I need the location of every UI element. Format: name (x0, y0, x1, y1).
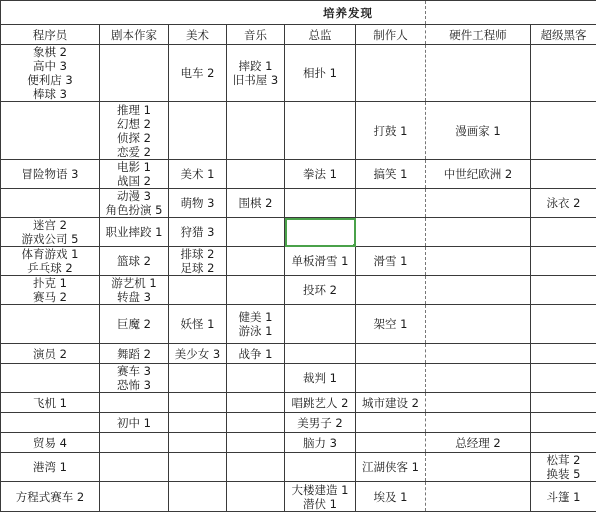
table-cell[interactable]: 冒险物语 3 (1, 160, 100, 189)
cell-entry: 推理 1 (100, 103, 168, 117)
cell-entry: 脑力 3 (285, 436, 355, 450)
table-cell[interactable]: 松茸 2换装 5 (531, 453, 597, 482)
cell-entry: 恋爱 2 (100, 145, 168, 159)
table-cell[interactable]: 狩猎 3 (169, 218, 227, 247)
table-cell[interactable]: 象棋 2高中 3便利店 3棒球 3 (1, 45, 100, 102)
table-cell[interactable]: 扑克 1赛马 2 (1, 276, 100, 305)
selected-cell[interactable] (285, 218, 356, 247)
table-cell[interactable]: 萌物 3 (169, 189, 227, 218)
table-cell[interactable]: 排球 2足球 2 (169, 247, 227, 276)
table-cell[interactable] (100, 453, 169, 482)
table-cell[interactable] (1, 413, 100, 433)
cell-entry: 潜伏 1 (285, 497, 355, 511)
table-cell[interactable]: 架空 1 (356, 305, 426, 344)
table-cell[interactable] (426, 218, 531, 247)
table-cell[interactable] (227, 160, 285, 189)
table-cell[interactable]: 推理 1幻想 2侦探 2恋爱 2 (100, 102, 169, 160)
table-row: 演员 2舞蹈 2美少女 3战争 1 (1, 344, 597, 364)
table-row: 初中 1美男子 2 (1, 413, 597, 433)
table-cell[interactable] (426, 393, 531, 413)
table-cell[interactable]: 妖怪 1 (169, 305, 227, 344)
table-title[interactable]: 培养发现 (1, 1, 426, 25)
table-row: 巨魔 2妖怪 1健美 1游泳 1架空 1 (1, 305, 597, 344)
cell-entry: 松茸 2 (531, 453, 596, 467)
cell-entry: 滑雪 1 (356, 254, 425, 268)
table-cell[interactable] (169, 393, 227, 413)
table-cell[interactable] (100, 45, 169, 102)
table-cell[interactable] (426, 344, 531, 364)
cell-entry: 演员 2 (1, 347, 99, 361)
table-cell[interactable] (100, 393, 169, 413)
table-cell[interactable] (531, 393, 597, 413)
table-cell[interactable] (169, 413, 227, 433)
table-cell[interactable] (285, 102, 356, 160)
table-row: 港湾 1江湖侠客 1松茸 2换装 5 (1, 453, 597, 482)
table-row: 动漫 3角色扮演 5萌物 3围棋 2泳衣 2 (1, 189, 597, 218)
cell-entry: 电影 1 (100, 160, 168, 174)
cell-entry: 萌物 3 (169, 196, 226, 210)
header-programmer[interactable]: 程序员 (1, 25, 100, 45)
table-cell[interactable]: 江湖侠客 1 (356, 453, 426, 482)
cell-entry: 旧书屋 3 (227, 73, 284, 87)
cell-entry: 转盘 3 (100, 290, 168, 304)
cell-entry: 赛车 3 (100, 364, 168, 378)
cell-entry: 港湾 1 (1, 460, 99, 474)
table-cell[interactable]: 大楼建造 1潜伏 1 (285, 482, 356, 512)
cell-entry: 狩猎 3 (169, 225, 226, 239)
table-cell[interactable]: 单板滑雪 1 (285, 247, 356, 276)
cell-entry: 飞机 1 (1, 396, 99, 410)
table-cell[interactable]: 舞蹈 2 (100, 344, 169, 364)
cell-entry: 妖怪 1 (169, 317, 226, 331)
table-cell[interactable]: 港湾 1 (1, 453, 100, 482)
table-cell[interactable] (227, 276, 285, 305)
cell-entry: 摔跤 1 (227, 59, 284, 73)
table-cell[interactable]: 拳法 1 (285, 160, 356, 189)
table-row: 推理 1幻想 2侦探 2恋爱 2打鼓 1漫画家 1 (1, 102, 597, 160)
table-cell[interactable] (100, 482, 169, 512)
table-cell[interactable] (531, 45, 597, 102)
table-cell[interactable]: 裁判 1 (285, 364, 356, 393)
table-cell[interactable]: 美男子 2 (285, 413, 356, 433)
cell-entry: 美少女 3 (169, 347, 226, 361)
cell-entry: 动漫 3 (100, 189, 168, 203)
table-cell[interactable]: 体育游戏 1乒乓球 2 (1, 247, 100, 276)
table-cell[interactable]: 贸易 4 (1, 433, 100, 453)
table-cell[interactable] (356, 433, 426, 453)
table-cell[interactable]: 滑雪 1 (356, 247, 426, 276)
header-row: 程序员剧本作家美术音乐总监制作人硬件工程师超级黑客 (1, 25, 597, 45)
fill-handle[interactable] (353, 244, 356, 247)
table-cell[interactable] (531, 364, 597, 393)
cell-entry: 棒球 3 (1, 87, 99, 101)
table-cell[interactable] (227, 102, 285, 160)
cell-entry: 方程式赛车 2 (1, 490, 99, 504)
cell-entry: 恐怖 3 (100, 378, 168, 392)
table-cell[interactable] (227, 364, 285, 393)
cell-entry: 排球 2 (169, 247, 226, 261)
table-cell[interactable]: 赛车 3恐怖 3 (100, 364, 169, 393)
cell-entry: 埃及 1 (356, 490, 425, 504)
table-row: 象棋 2高中 3便利店 3棒球 3电车 2摔跤 1旧书屋 3相扑 1 (1, 45, 597, 102)
table-cell[interactable]: 中世纪欧洲 2 (426, 160, 531, 189)
table-cell[interactable]: 围棋 2 (227, 189, 285, 218)
table-row: 扑克 1赛马 2游艺机 1转盘 3投环 2 (1, 276, 597, 305)
cell-entry: 迷宫 2 (1, 218, 99, 232)
cell-entry: 漫画家 1 (426, 124, 530, 138)
table-cell[interactable]: 游艺机 1转盘 3 (100, 276, 169, 305)
table-cell[interactable] (1, 189, 100, 218)
table-cell[interactable]: 打鼓 1 (356, 102, 426, 160)
table-cell[interactable] (356, 276, 426, 305)
header-producer[interactable]: 制作人 (356, 25, 426, 45)
cell-entry: 游戏公司 5 (1, 232, 99, 246)
table-cell[interactable] (169, 364, 227, 393)
table-cell[interactable] (531, 160, 597, 189)
table-cell[interactable] (531, 433, 597, 453)
cell-entry: 象棋 2 (1, 45, 99, 59)
table-cell[interactable] (531, 247, 597, 276)
cell-entry: 拳法 1 (285, 167, 355, 181)
table-cell[interactable] (169, 276, 227, 305)
table-cell[interactable]: 演员 2 (1, 344, 100, 364)
discovery-table: 培养发现 程序员剧本作家美术音乐总监制作人硬件工程师超级黑客 象棋 2高中 3便… (0, 0, 597, 512)
cell-entry: 战争 1 (227, 347, 284, 361)
table-cell[interactable] (285, 344, 356, 364)
table-cell[interactable]: 脑力 3 (285, 433, 356, 453)
table-cell[interactable] (356, 364, 426, 393)
table-cell[interactable] (531, 218, 597, 247)
table-cell[interactable]: 相扑 1 (285, 45, 356, 102)
table-cell[interactable] (426, 305, 531, 344)
table-row: 贸易 4脑力 3总经理 2 (1, 433, 597, 453)
table-cell[interactable]: 战争 1 (227, 344, 285, 364)
table-cell[interactable]: 电车 2 (169, 45, 227, 102)
cell-entry: 打鼓 1 (356, 124, 425, 138)
spreadsheet: 培养发现 程序员剧本作家美术音乐总监制作人硬件工程师超级黑客 象棋 2高中 3便… (0, 0, 600, 515)
table-cell[interactable] (426, 276, 531, 305)
table-cell[interactable] (531, 413, 597, 433)
table-row: 赛车 3恐怖 3裁判 1 (1, 364, 597, 393)
cell-entry: 巨魔 2 (100, 317, 168, 331)
cell-entry: 斗篷 1 (531, 490, 596, 504)
table-cell[interactable]: 巨魔 2 (100, 305, 169, 344)
cell-entry: 角色扮演 5 (100, 203, 168, 217)
cell-entry: 大楼建造 1 (285, 483, 355, 497)
table-cell[interactable]: 泳衣 2 (531, 189, 597, 218)
table-cell[interactable] (356, 45, 426, 102)
header-director[interactable]: 总监 (285, 25, 356, 45)
cell-entry: 美术 1 (169, 167, 226, 181)
table-cell[interactable]: 动漫 3角色扮演 5 (100, 189, 169, 218)
table-cell[interactable] (1, 305, 100, 344)
cell-entry: 职业摔跤 1 (100, 225, 168, 239)
table-cell[interactable]: 城市建设 2 (356, 393, 426, 413)
table-cell[interactable] (531, 305, 597, 344)
table-cell[interactable]: 漫画家 1 (426, 102, 531, 160)
table-cell[interactable] (100, 433, 169, 453)
cell-entry: 体育游戏 1 (1, 247, 99, 261)
table-cell[interactable] (356, 218, 426, 247)
header-hardware-engineer[interactable]: 硬件工程师 (426, 25, 531, 45)
cell-entry: 扑克 1 (1, 276, 99, 290)
table-cell[interactable] (426, 482, 531, 512)
table-cell[interactable] (356, 413, 426, 433)
header-super-hacker[interactable]: 超级黑客 (531, 25, 597, 45)
cell-entry: 单板滑雪 1 (285, 254, 355, 268)
cell-entry: 赛马 2 (1, 290, 99, 304)
table-cell[interactable] (227, 218, 285, 247)
cell-entry: 初中 1 (100, 416, 168, 430)
table-cell[interactable]: 篮球 2 (100, 247, 169, 276)
cell-entry: 搞笑 1 (356, 167, 425, 181)
sheet-edge (596, 0, 600, 515)
cell-entry: 美男子 2 (285, 416, 355, 430)
table-cell[interactable]: 美少女 3 (169, 344, 227, 364)
table-cell[interactable]: 飞机 1 (1, 393, 100, 413)
table-cell[interactable] (285, 453, 356, 482)
table-row: 冒险物语 3电影 1战国 2美术 1拳法 1搞笑 1中世纪欧洲 2 (1, 160, 597, 189)
table-cell[interactable]: 初中 1 (100, 413, 169, 433)
table-cell[interactable]: 唱跳艺人 2 (285, 393, 356, 413)
table-cell[interactable] (426, 413, 531, 433)
table-cell[interactable] (1, 364, 100, 393)
table-cell[interactable] (227, 413, 285, 433)
table-cell[interactable] (426, 189, 531, 218)
table-cell[interactable] (426, 45, 531, 102)
table-cell[interactable]: 职业摔跤 1 (100, 218, 169, 247)
table-cell[interactable] (285, 189, 356, 218)
cell-entry: 中世纪欧洲 2 (426, 167, 530, 181)
cell-entry: 江湖侠客 1 (356, 460, 425, 474)
cell-entry: 幻想 2 (100, 117, 168, 131)
table-cell[interactable] (356, 344, 426, 364)
cell-entry: 乒乓球 2 (1, 261, 99, 275)
table-cell[interactable] (227, 393, 285, 413)
cell-entry: 冒险物语 3 (1, 167, 99, 181)
table-cell[interactable] (285, 305, 356, 344)
table-row: 体育游戏 1乒乓球 2篮球 2排球 2足球 2单板滑雪 1滑雪 1 (1, 247, 597, 276)
cell-entry: 便利店 3 (1, 73, 99, 87)
table-cell[interactable] (531, 102, 597, 160)
header-art[interactable]: 美术 (169, 25, 227, 45)
table-cell[interactable] (227, 482, 285, 512)
table-cell[interactable]: 搞笑 1 (356, 160, 426, 189)
cell-entry: 泳衣 2 (531, 196, 596, 210)
table-cell[interactable]: 埃及 1 (356, 482, 426, 512)
cell-entry: 电车 2 (169, 66, 226, 80)
cell-entry: 围棋 2 (227, 196, 284, 210)
table-cell[interactable]: 电影 1战国 2 (100, 160, 169, 189)
table-cell[interactable]: 总经理 2 (426, 433, 531, 453)
table-row: 迷宫 2游戏公司 5职业摔跤 1狩猎 3 (1, 218, 597, 247)
table-cell[interactable]: 投环 2 (285, 276, 356, 305)
cell-entry: 投环 2 (285, 283, 355, 297)
cell-entry: 相扑 1 (285, 66, 355, 80)
table-cell[interactable]: 摔跤 1旧书屋 3 (227, 45, 285, 102)
cell-entry: 贸易 4 (1, 436, 99, 450)
table-cell[interactable] (426, 453, 531, 482)
header-scriptwriter[interactable]: 剧本作家 (100, 25, 169, 45)
cell-entry: 战国 2 (100, 174, 168, 188)
cell-entry: 唱跳艺人 2 (285, 396, 355, 410)
cell-entry: 足球 2 (169, 261, 226, 275)
table-cell[interactable] (531, 344, 597, 364)
cell-entry: 侦探 2 (100, 131, 168, 145)
table-cell[interactable]: 方程式赛车 2 (1, 482, 100, 512)
table-cell[interactable]: 美术 1 (169, 160, 227, 189)
table-cell[interactable] (426, 247, 531, 276)
table-cell[interactable]: 斗篷 1 (531, 482, 597, 512)
cell-entry: 城市建设 2 (356, 396, 425, 410)
table-cell[interactable] (531, 276, 597, 305)
cell-entry: 健美 1 (227, 310, 284, 324)
table-cell[interactable] (169, 482, 227, 512)
table-cell[interactable] (227, 453, 285, 482)
table-cell[interactable] (169, 453, 227, 482)
cell-entry: 游泳 1 (227, 324, 284, 338)
title-blank-cell[interactable] (426, 1, 597, 25)
table-cell[interactable] (227, 247, 285, 276)
table-cell[interactable] (227, 433, 285, 453)
table-row: 方程式赛车 2大楼建造 1潜伏 1埃及 1斗篷 1 (1, 482, 597, 512)
table-cell[interactable] (426, 364, 531, 393)
cell-entry: 游艺机 1 (100, 276, 168, 290)
table-cell[interactable] (356, 189, 426, 218)
cell-entry: 舞蹈 2 (100, 347, 168, 361)
cell-entry: 换装 5 (531, 467, 596, 481)
table-cell[interactable] (169, 433, 227, 453)
cell-entry: 总经理 2 (426, 436, 530, 450)
table-cell[interactable]: 迷宫 2游戏公司 5 (1, 218, 100, 247)
table-cell[interactable] (169, 102, 227, 160)
cell-entry: 篮球 2 (100, 254, 168, 268)
cell-entry: 架空 1 (356, 317, 425, 331)
cell-entry: 裁判 1 (285, 371, 355, 385)
cell-entry: 高中 3 (1, 59, 99, 73)
header-music[interactable]: 音乐 (227, 25, 285, 45)
table-cell[interactable]: 健美 1游泳 1 (227, 305, 285, 344)
table-row: 飞机 1唱跳艺人 2城市建设 2 (1, 393, 597, 413)
table-cell[interactable] (1, 102, 100, 160)
